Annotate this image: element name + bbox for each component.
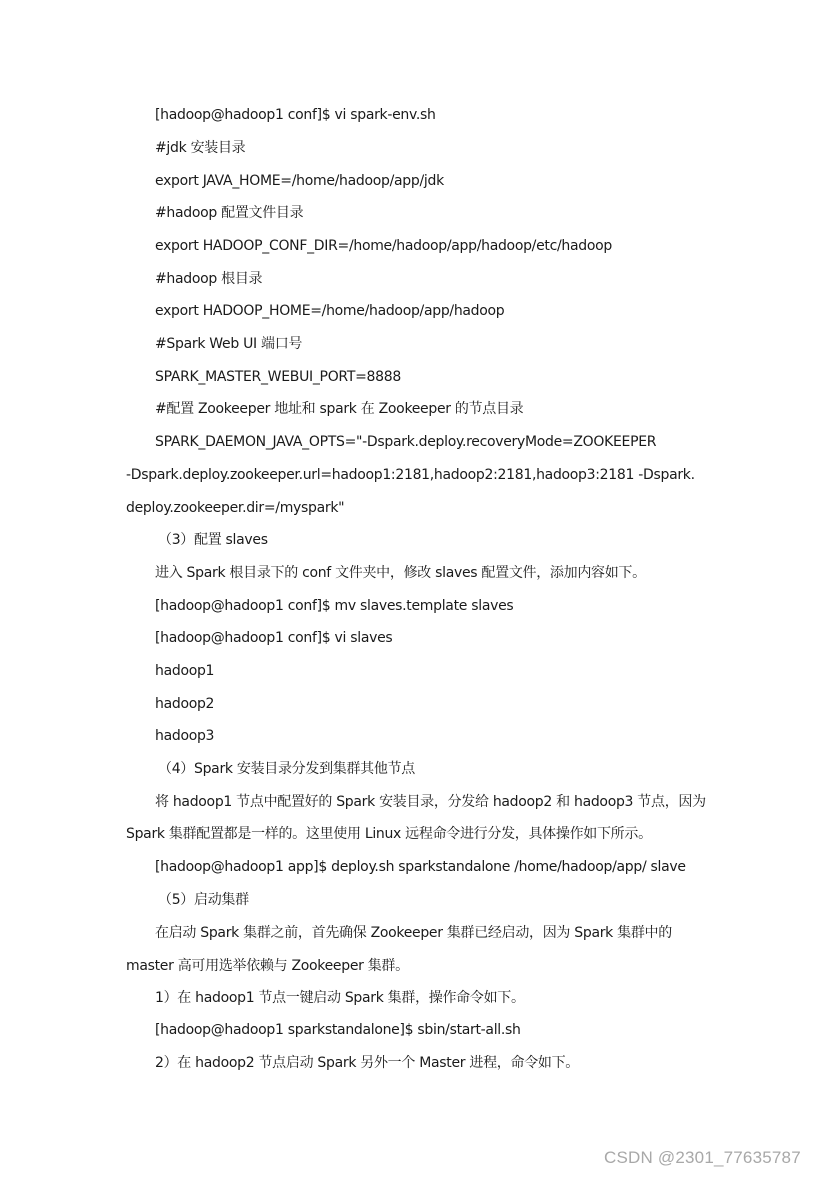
doc-line-command: [hadoop@hadoop1 app]$ deploy.sh sparksta… <box>155 858 686 876</box>
doc-line-paragraph: 1）在 hadoop1 节点一键启动 Spark 集群，操作命令如下。 <box>155 989 525 1007</box>
doc-line-code: export HADOOP_HOME=/home/hadoop/app/hado… <box>155 302 504 320</box>
doc-line-code: hadoop1 <box>155 662 214 680</box>
doc-line-heading: （5）启动集群 <box>158 891 249 909</box>
doc-line-paragraph: 进入 Spark 根目录下的 conf 文件夹中，修改 slaves 配置文件，… <box>155 564 646 582</box>
doc-line-paragraph: 在启动 Spark 集群之前，首先确保 Zookeeper 集群已经启动，因为 … <box>155 924 672 942</box>
doc-line-code: hadoop2 <box>155 695 214 713</box>
doc-line-heading: （4）Spark 安装目录分发到集群其他节点 <box>158 760 415 778</box>
doc-line-comment: #jdk 安装目录 <box>155 139 245 157</box>
doc-line-comment: #配置 Zookeeper 地址和 spark 在 Zookeeper 的节点目… <box>155 400 523 418</box>
doc-line-paragraph: Spark 集群配置都是一样的。这里使用 Linux 远程命令进行分发，具体操作… <box>126 825 652 843</box>
doc-line-code: hadoop3 <box>155 727 214 745</box>
doc-line-code: deploy.zookeeper.dir=/myspark" <box>126 499 344 517</box>
doc-line-command: [hadoop@hadoop1 conf]$ mv slaves.templat… <box>155 597 513 615</box>
doc-line-code: export HADOOP_CONF_DIR=/home/hadoop/app/… <box>155 237 612 255</box>
doc-line-paragraph: 将 hadoop1 节点中配置好的 Spark 安装目录，分发给 hadoop2… <box>155 793 706 811</box>
doc-line-comment: #hadoop 根目录 <box>155 270 262 288</box>
doc-line-comment: #Spark Web UI 端口号 <box>155 335 302 353</box>
doc-line-heading: （3）配置 slaves <box>158 531 268 549</box>
doc-line-code: -Dspark.deploy.zookeeper.url=hadoop1:218… <box>126 466 695 484</box>
doc-line-command: [hadoop@hadoop1 sparkstandalone]$ sbin/s… <box>155 1021 521 1039</box>
doc-line-command: [hadoop@hadoop1 conf]$ vi slaves <box>155 629 392 647</box>
doc-line-code: SPARK_DAEMON_JAVA_OPTS="-Dspark.deploy.r… <box>155 433 656 451</box>
doc-line-command: [hadoop@hadoop1 conf]$ vi spark-env.sh <box>155 106 436 124</box>
doc-line-code: SPARK_MASTER_WEBUI_PORT=8888 <box>155 368 401 386</box>
doc-line-comment: #hadoop 配置文件目录 <box>155 204 303 222</box>
csdn-watermark: CSDN @2301_77635787 <box>604 1148 801 1168</box>
doc-line-paragraph: 2）在 hadoop2 节点启动 Spark 另外一个 Master 进程，命令… <box>155 1054 579 1072</box>
doc-line-paragraph: master 高可用选举依赖与 Zookeeper 集群。 <box>126 957 409 975</box>
doc-line-code: export JAVA_HOME=/home/hadoop/app/jdk <box>155 172 444 190</box>
